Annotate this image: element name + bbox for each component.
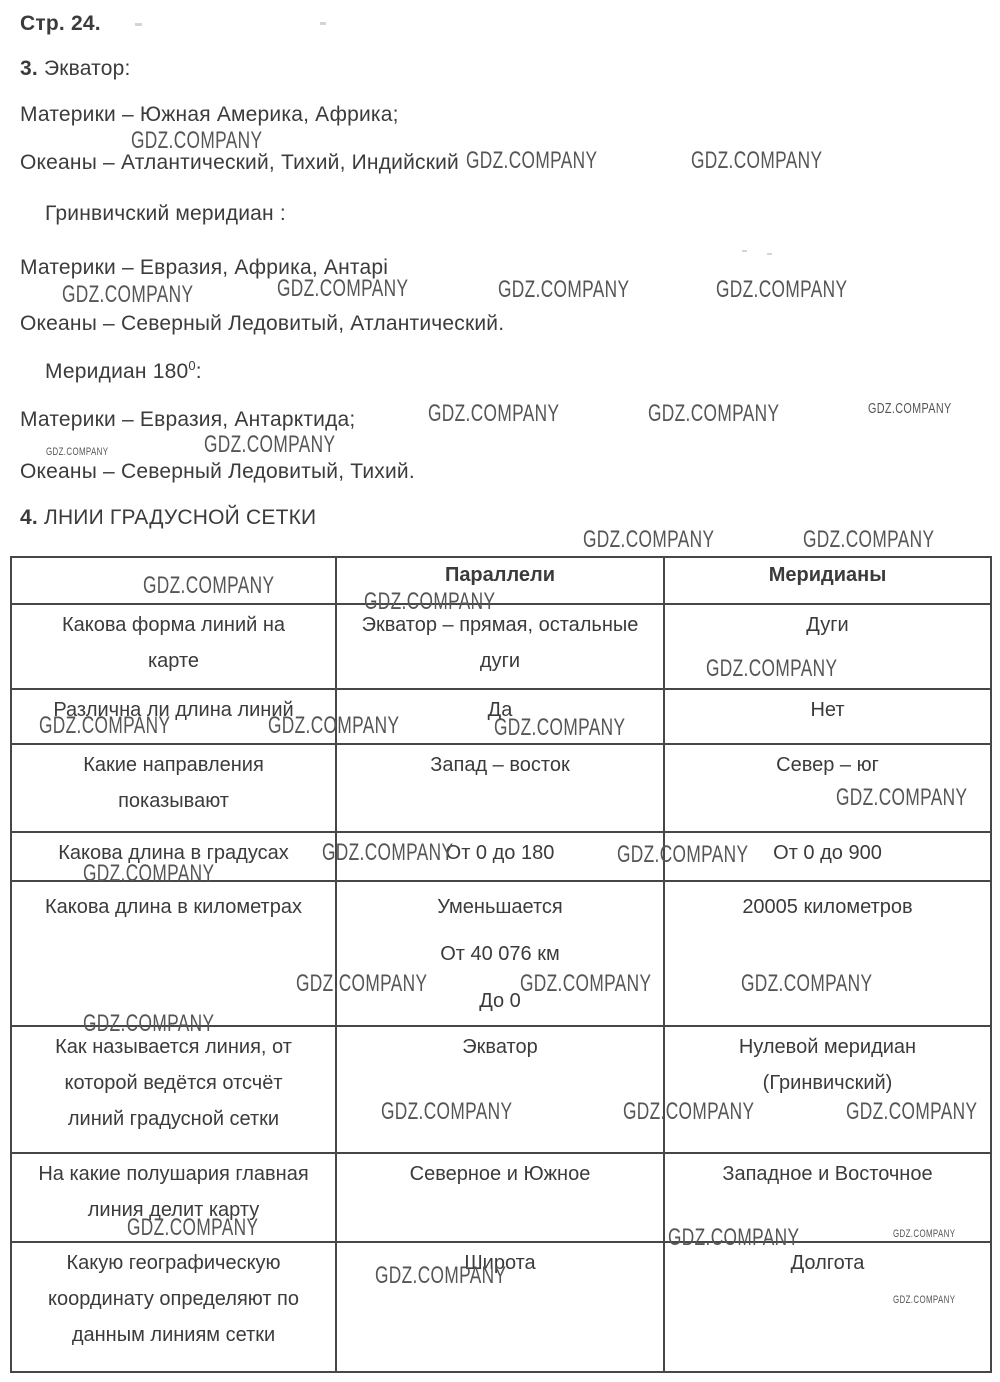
scan-noise [742,250,747,252]
header-label: Меридианы [769,562,887,588]
equator-continents: Материки – Южная Америка, Африка; [20,103,399,126]
meridian180-continents: Материки – Евразия, Антарктида; [20,408,355,431]
watermark-text: GDZ.COMPANY [277,277,408,301]
cell-line: линий градусной сетки [68,1101,279,1137]
table-cell-parallels-row3: От 0 до 180 [337,833,665,882]
watermark-text: GDZ.COMPANY [691,149,822,173]
cell-line: Какова длина в километрах [45,884,302,931]
meridian180-label: Меридиан 1800: [45,360,202,385]
table-cell-question-row2: Какие направленияпоказывают [12,745,337,833]
cell-line: Какова длина в градусах [58,835,288,871]
page-label: Стр. 24. [20,12,101,35]
cell-line: Запад – восток [430,747,569,783]
watermark-text: GDZ.COMPANY [716,278,847,302]
section4-heading: 4. ЛНИИ ГРАДУСНОЙ СЕТКИ [20,506,316,529]
cell-line: координату определяют по [48,1281,299,1317]
watermark-text: GDZ.COMPANY [803,528,934,552]
watermark-text: GDZ.COMPANY [428,402,559,426]
table-cell-meridians-row0: Дуги [665,605,990,690]
cell-line: Долгота [791,1245,865,1281]
section3-heading: 3. Экватор: [20,57,131,80]
table-cell-meridians-row7: Долгота [665,1243,990,1371]
table-cell-question-row7: Какую географическуюкоординату определяю… [12,1243,337,1371]
cell-line: Север – юг [776,747,879,783]
cell-line: Какова форма линий на [62,607,285,643]
scan-noise [767,253,772,255]
greenwich-label: Гринвичский меридиан : [45,202,286,225]
header-label: Параллели [445,562,555,588]
table-cell-question-row6: На какие полушария главнаялиния делит ка… [12,1154,337,1243]
table-cell-parallels-row6: Северное и Южное [337,1154,665,1243]
table-cell-meridians-row1: Нет [665,690,990,745]
document-page: Стр. 24. 3. Экватор: Материки – Южная Ам… [0,0,1000,1382]
section3-title: Экватор: [38,57,131,80]
cell-line: Дуги [806,607,848,643]
table-cell-question-row5: Как называется линия, откоторой ведётся … [12,1027,337,1154]
scan-noise [320,22,326,25]
cell-line: (Гринвичский) [763,1065,893,1101]
equator-oceans: Океаны – Атлантический, Тихий, Индийский [20,151,459,174]
table-cell-question-row1: Различна ли длина линий [12,690,337,745]
cell-line: Северное и Южное [410,1156,591,1192]
cell-line: От 40 076 км [440,931,560,978]
scan-noise [135,23,142,26]
table-cell-meridians-row3: От 0 до 900 [665,833,990,882]
cell-line: От 0 до 900 [773,835,882,871]
watermark-text: GDZ.COMPANY [868,401,952,416]
cell-line: Западное и Восточное [722,1156,932,1192]
cell-line: Какую географическую [66,1245,280,1281]
watermark-text: GDZ.COMPANY [648,402,779,426]
grid-table: ПараллелиМеридианыКакова форма линий нак… [10,556,992,1373]
cell-line: данным линиям сетки [72,1317,275,1353]
table-cell-parallels-row1: Да [337,690,665,745]
table-cell-question-row0: Какова форма линий накарте [12,605,337,690]
watermark-text: GDZ.COMPANY [62,283,193,307]
table-cell-meridians-row4: 20005 километров [665,882,990,1027]
section3-number: 3. [20,57,38,80]
table-cell-parallels-row5: Экватор [337,1027,665,1154]
greenwich-oceans: Океаны – Северный Ледовитый, Атлантическ… [20,312,504,335]
cell-line: линия делит карту [88,1192,260,1228]
cell-line: Нет [810,692,844,728]
cell-line: показывают [118,783,229,819]
cell-line: От 0 до 180 [446,835,555,871]
table-header-cell-0 [12,558,337,605]
section4-title: ЛНИИ ГРАДУСНОЙ СЕТКИ [38,506,316,529]
cell-line: Нулевой меридиан [739,1029,916,1065]
table-cell-meridians-row5: Нулевой меридиан(Гринвичский) [665,1027,990,1154]
cell-line: карте [148,643,199,679]
table-cell-meridians-row6: Западное и Восточное [665,1154,990,1243]
watermark-text: GDZ.COMPANY [204,433,335,457]
watermark-text: GDZ.COMPANY [466,149,597,173]
cell-line: 20005 километров [742,884,912,931]
meridian180-oceans: Океаны – Северный Ледовитый, Тихий. [20,460,415,483]
cell-line: Различна ли длина линий [53,692,293,728]
watermark-text: GDZ.COMPANY [583,528,714,552]
cell-line: Экватор [462,1029,537,1065]
cell-line: До 0 [479,978,521,1025]
section4-number: 4. [20,506,38,529]
cell-line: которой ведётся отсчёт [65,1065,283,1101]
cell-line: Как называется линия, от [55,1029,292,1065]
cell-line: Уменьшается [437,884,563,931]
table-header-cell-1: Параллели [337,558,665,605]
watermark-text: GDZ.COMPANY [131,129,262,153]
cell-line: Какие направления [83,747,264,783]
table-cell-question-row3: Какова длина в градусах [12,833,337,882]
table-cell-parallels-row0: Экватор – прямая, остальныедуги [337,605,665,690]
cell-line: Да [488,692,513,728]
superscript-zero: 0 [188,358,195,373]
table-cell-question-row4: Какова длина в километрах [12,882,337,1027]
watermark-text: GDZ.COMPANY [498,278,629,302]
table-header-cell-2: Меридианы [665,558,990,605]
table-cell-parallels-row7: Широта [337,1243,665,1371]
table-cell-meridians-row2: Север – юг [665,745,990,833]
table-cell-parallels-row2: Запад – восток [337,745,665,833]
watermark-text: GDZ.COMPANY [46,447,108,458]
cell-line: Широта [464,1245,535,1281]
table-cell-parallels-row4: УменьшаетсяОт 40 076 кмДо 0 [337,882,665,1027]
cell-line: дуги [480,643,520,679]
greenwich-continents: Материки – Евразия, Африка, Антарі [20,256,388,279]
cell-line: На какие полушария главная [38,1156,308,1192]
cell-line: Экватор – прямая, остальные [362,607,639,643]
